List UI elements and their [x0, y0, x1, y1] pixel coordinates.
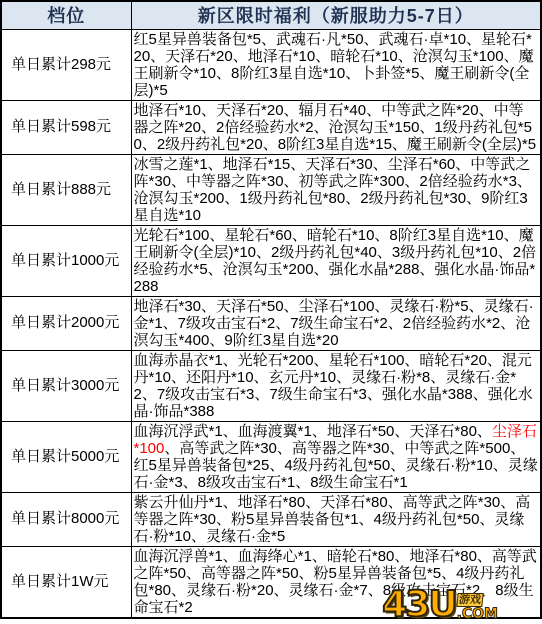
benefits-cell: 血海赤晶衣*1、光轮石*200、星轮石*100、暗轮石*20、混元丹*10、还阳… [131, 350, 541, 421]
table-row: 单日累计888元 冰雪之莲*1、地泽石*15、天泽石*30、尘泽石*60、中等武… [1, 154, 541, 225]
tier-cell: 单日累计1000元 [1, 225, 131, 296]
tier-column-header: 档位 [1, 1, 131, 29]
benefits-column-header: 新区限时福利（新服助力5-7日） [131, 1, 541, 29]
tier-cell: 单日累计298元 [1, 29, 131, 100]
site-logo-main-text: 43U [382, 589, 455, 621]
benefit-text: 光轮石*100、星轮石*60、暗轮石*10、8阶红3星自选*10、魔王刷新令(全… [134, 227, 537, 295]
table-row: 单日累计1000元 光轮石*100、星轮石*60、暗轮石*10、8阶红3星自选*… [1, 225, 541, 296]
benefits-table: 档位 新区限时福利（新服助力5-7日） 单日累计298元 红5星异兽装备包*5、… [0, 0, 542, 619]
header-row: 档位 新区限时福利（新服助力5-7日） [1, 1, 541, 29]
tier-cell: 单日累计2000元 [1, 296, 131, 350]
benefit-text: 紫云升仙丹*1、地泽石*80、天泽石*80、高等武之阵*30、高等器之阵*30、… [134, 494, 531, 545]
tier-cell: 单日累计5000元 [1, 421, 131, 492]
table-row: 单日累计298元 红5星异兽装备包*5、武魂石·凡*50、武魂石·卓*10、星轮… [1, 29, 541, 100]
site-logo-badge-text: 游戏 [456, 593, 483, 607]
tier-cell: 单日累计598元 [1, 100, 131, 154]
table-row: 单日累计598元 地泽石*10、天泽石*20、辐月石*40、中等武之阵*20、中… [1, 100, 541, 154]
table-row: 单日累计5000元 血海沉浮武*1、血海渡翼*1、地泽石*50、天泽石*80、尘… [1, 421, 541, 492]
benefit-text: 地泽石*10、天泽石*20、辐月石*40、中等武之阵*20、中等器之阵*20、2… [134, 102, 537, 153]
site-logo-right: 游戏 .COM [457, 593, 498, 621]
table-row: 单日累计8000元 紫云升仙丹*1、地泽石*80、天泽石*80、高等武之阵*30… [1, 492, 541, 546]
benefits-cell: 紫云升仙丹*1、地泽石*80、天泽石*80、高等武之阵*30、高等器之阵*30、… [131, 492, 541, 546]
benefits-cell: 血海沉浮武*1、血海渡翼*1、地泽石*50、天泽石*80、尘泽石*100、高等武… [131, 421, 541, 492]
table-row: 单日累计2000元 地泽石*30、天泽石*50、尘泽石*100、灵缘石·粉*5、… [1, 296, 541, 350]
tier-cell: 单日累计888元 [1, 154, 131, 225]
benefit-text: 冰雪之莲*1、地泽石*15、天泽石*30、尘泽石*60、中等武之阵*30、中等器… [134, 156, 532, 224]
benefit-text: 血海赤晶衣*1、光轮石*200、星轮石*100、暗轮石*20、混元丹*10、还阳… [134, 352, 533, 420]
benefit-text: 地泽石*30、天泽石*50、尘泽石*100、灵缘石·粉*5、灵缘石·金*1、7级… [134, 298, 534, 349]
benefit-text: 血海沉浮武*1、血海渡翼*1、地泽石*50、天泽石*80、 [134, 423, 492, 440]
benefit-text: 红5星异兽装备包*5、武魂石·凡*50、武魂石·卓*10、星轮石*20、天泽石*… [134, 31, 534, 99]
site-logo-domain-text: .COM [457, 607, 498, 621]
benefits-cell: 红5星异兽装备包*5、武魂石·凡*50、武魂石·卓*10、星轮石*20、天泽石*… [131, 29, 541, 100]
benefits-cell: 地泽石*10、天泽石*20、辐月石*40、中等武之阵*20、中等器之阵*20、2… [131, 100, 541, 154]
page: 档位 新区限时福利（新服助力5-7日） 单日累计298元 红5星异兽装备包*5、… [0, 0, 542, 624]
benefit-text: 、高等武之阵*30、高等器之阵*30、中等武之阵*500、红5星异兽装备包*25… [134, 440, 538, 491]
tier-cell: 单日累计8000元 [1, 492, 131, 546]
benefits-cell: 光轮石*100、星轮石*60、暗轮石*10、8阶红3星自选*10、魔王刷新令(全… [131, 225, 541, 296]
tier-cell: 单日累计3000元 [1, 350, 131, 421]
table-row: 单日累计3000元 血海赤晶衣*1、光轮石*200、星轮石*100、暗轮石*20… [1, 350, 541, 421]
site-logo[interactable]: 43U 游戏 .COM [382, 589, 498, 621]
benefits-cell: 地泽石*30、天泽石*50、尘泽石*100、灵缘石·粉*5、灵缘石·金*1、7级… [131, 296, 541, 350]
tier-cell: 单日累计1W元 [1, 546, 131, 618]
benefits-cell: 冰雪之莲*1、地泽石*15、天泽石*30、尘泽石*60、中等武之阵*30、中等器… [131, 154, 541, 225]
